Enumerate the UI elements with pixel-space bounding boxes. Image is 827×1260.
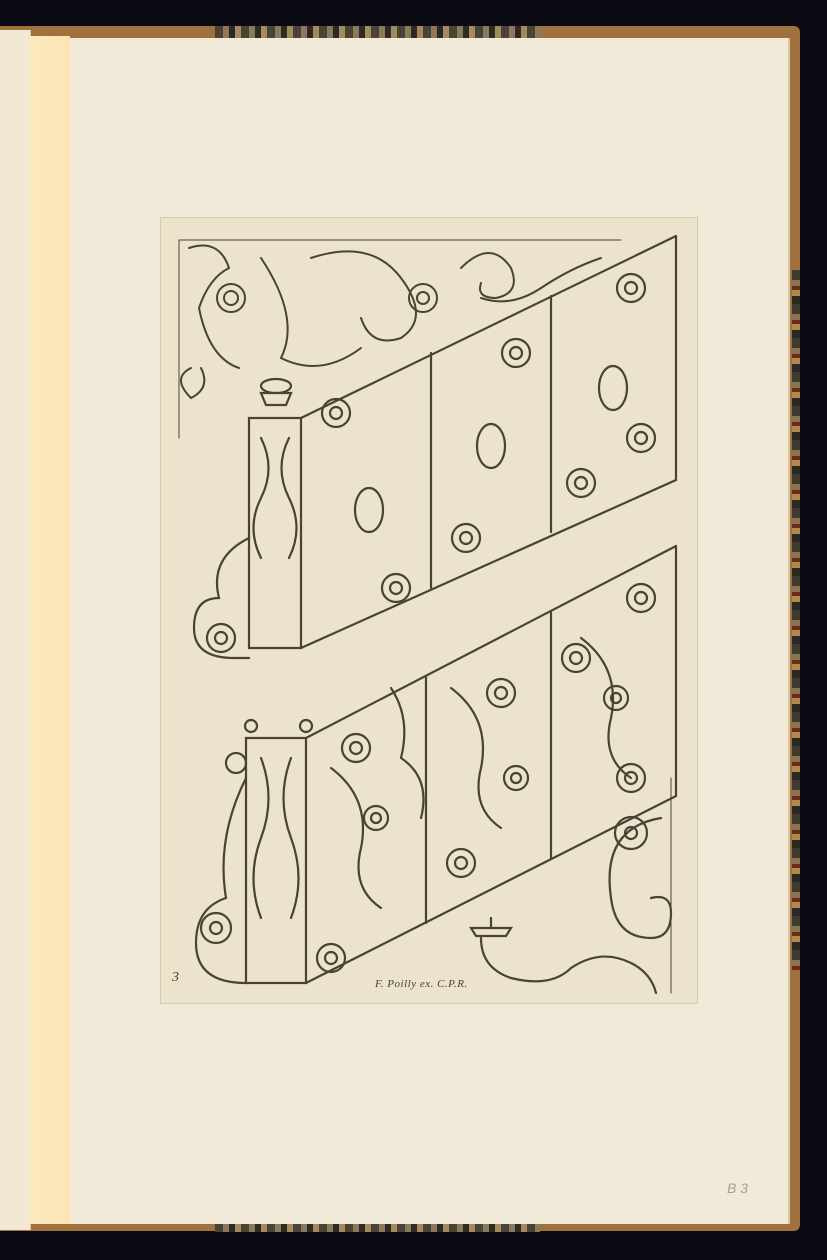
- publisher-credit: F. Poilly ex. C.P.R.: [375, 978, 468, 990]
- marbled-edge-bottom: [215, 1224, 540, 1232]
- signature-mark: B 3: [727, 1180, 748, 1196]
- left-page-edge: [0, 30, 31, 1230]
- marbled-edge-top: [215, 26, 540, 38]
- upper-railing: [194, 236, 676, 658]
- engraved-plate: [160, 217, 698, 1004]
- sconce-bracket-ornament: [471, 817, 671, 993]
- plate-number: 3: [172, 970, 179, 986]
- marbled-edge-right: [792, 270, 800, 970]
- lower-railing: [196, 546, 676, 983]
- flyleaf: [30, 36, 70, 1224]
